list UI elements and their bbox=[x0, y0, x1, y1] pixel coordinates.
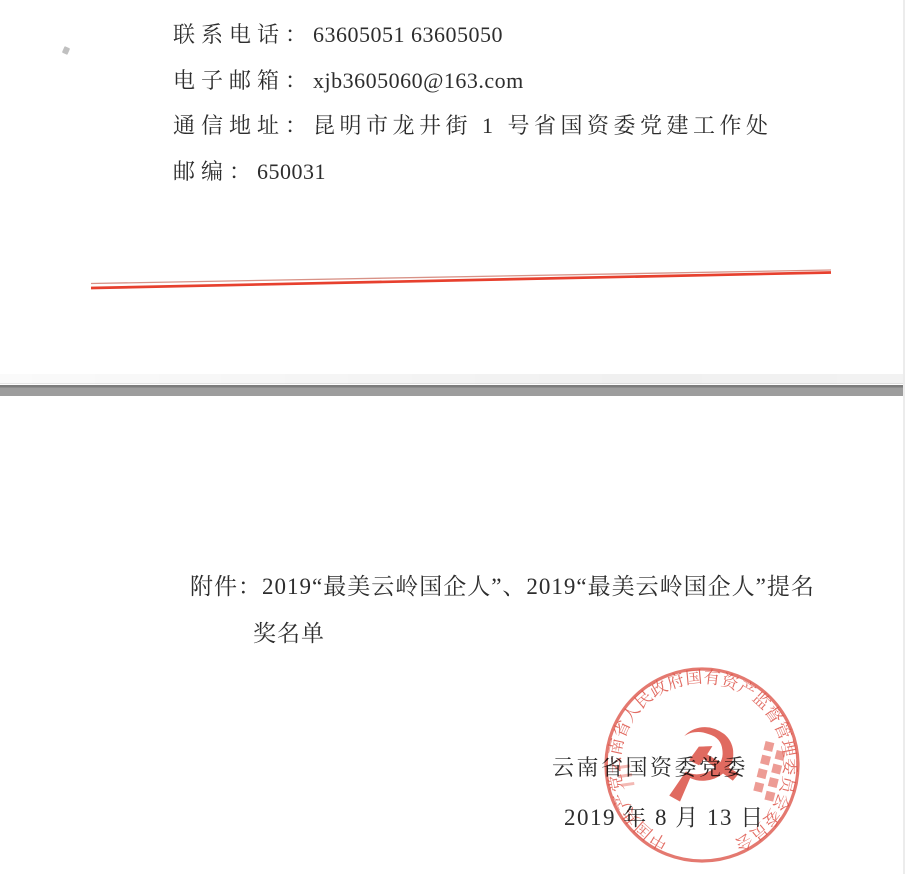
phone-value: 63605051 63605050 bbox=[313, 22, 503, 47]
attachment-line2: 奖名单 bbox=[253, 610, 815, 657]
scan-scuff-strip bbox=[0, 374, 905, 384]
contact-line-address: 通信地址：昆明市龙井街 1 号省国资委党建工作处 bbox=[173, 103, 773, 149]
contact-line-postcode: 邮编：650031 bbox=[173, 149, 773, 195]
attachment-line1: 附件：2019“最美云岭国企人”、2019“最美云岭国企人”提名 bbox=[190, 563, 815, 610]
red-separator-rule bbox=[0, 258, 905, 302]
page-break-band bbox=[0, 385, 905, 396]
attachment-note: 附件：2019“最美云岭国企人”、2019“最美云岭国企人”提名 奖名单 bbox=[190, 563, 815, 657]
address-value: 昆明市龙井街 1 号省国资委党建工作处 bbox=[313, 113, 773, 138]
contact-line-email: 电子邮箱：xjb3605060@163.com bbox=[173, 58, 773, 104]
email-label: 电子邮箱： bbox=[173, 68, 313, 93]
email-value: xjb3605060@163.com bbox=[313, 68, 524, 93]
postcode-label: 邮编： bbox=[173, 159, 257, 184]
hammer-sickle-emblem-icon: ☭ bbox=[652, 705, 751, 828]
phone-label: 联系电话： bbox=[173, 22, 313, 47]
address-label: 通信地址： bbox=[173, 113, 313, 138]
contact-info-block: 联系电话：63605051 63605050 电子邮箱：xjb3605060@1… bbox=[173, 12, 773, 195]
postcode-value: 650031 bbox=[257, 159, 326, 184]
contact-line-phone: 联系电话：63605051 63605050 bbox=[173, 12, 773, 58]
official-seal-graphic: 中国共产党云南省人民政府国有资产监督管理委员会委员会 ☭ bbox=[602, 665, 802, 865]
official-seal: 中国共产党云南省人民政府国有资产监督管理委员会委员会 ☭ bbox=[602, 665, 802, 865]
scan-speck-artifact bbox=[62, 46, 70, 55]
